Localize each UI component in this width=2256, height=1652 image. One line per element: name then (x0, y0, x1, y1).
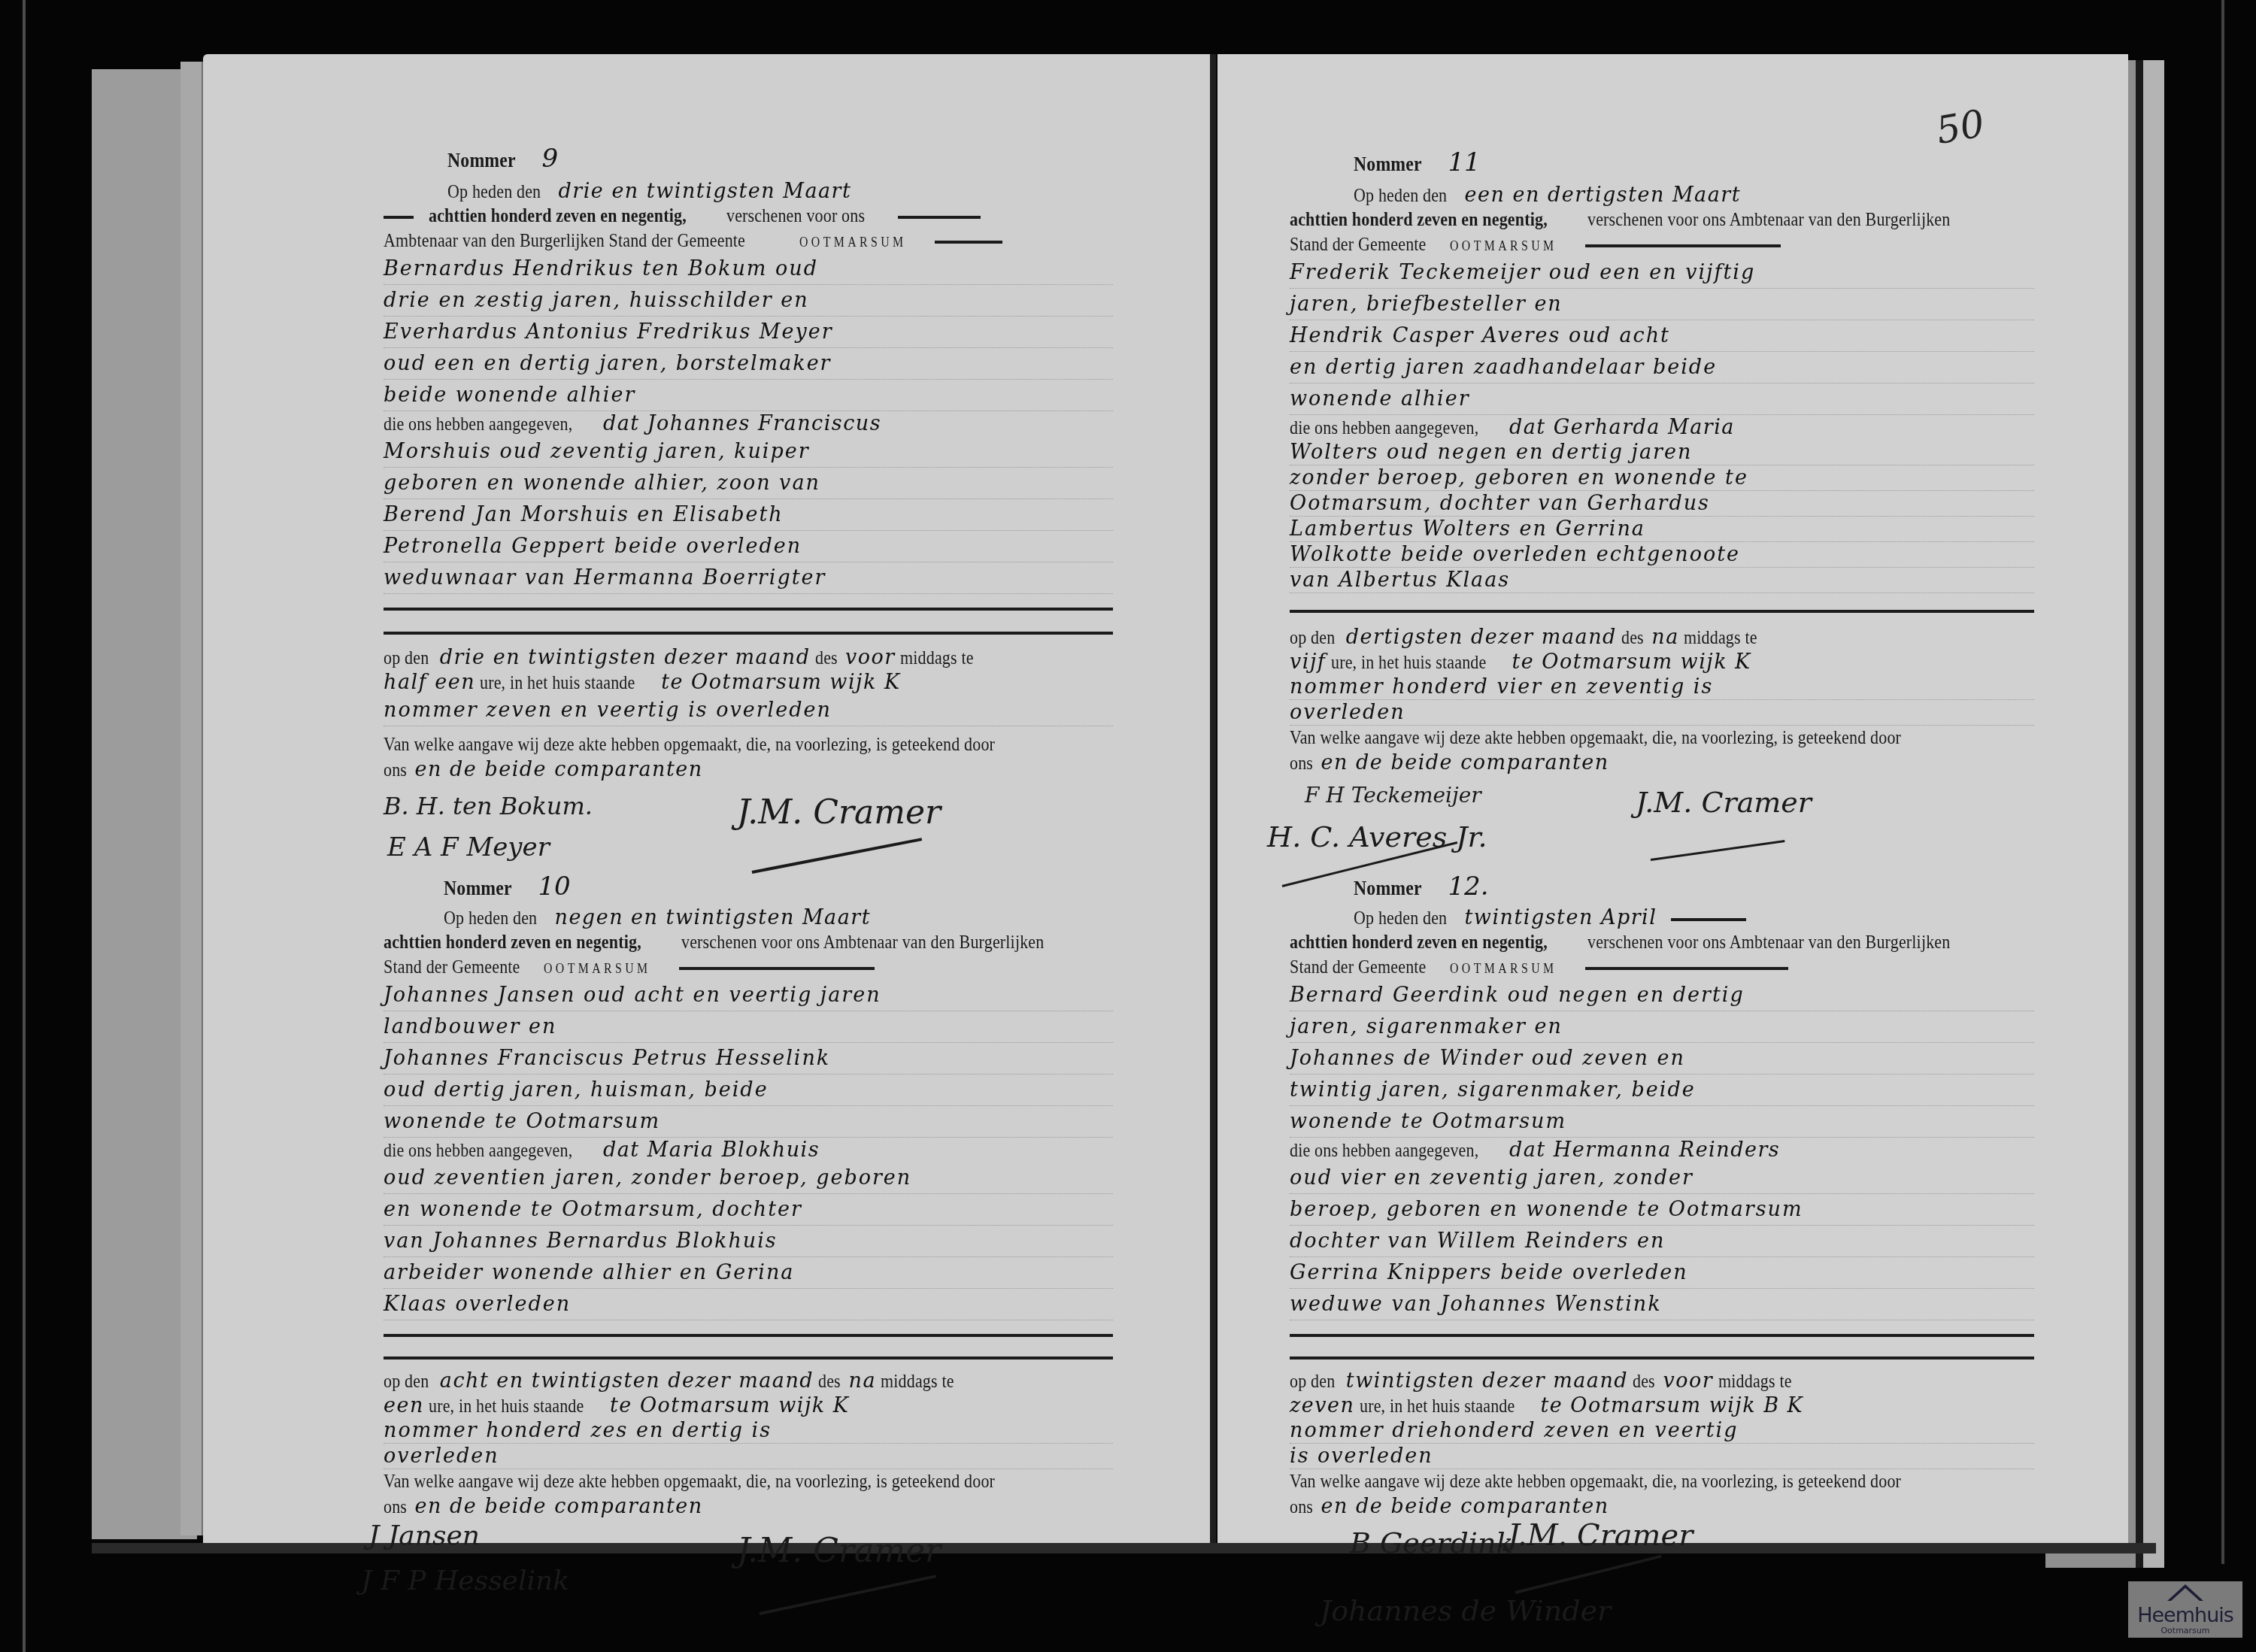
comparanten-line: Frederik Teckemeijer oud een en vijftig (1290, 257, 2034, 289)
official-signature: J.M. Cramer (737, 800, 941, 825)
death-place: te Ootmarsum wijk K (661, 671, 900, 694)
film-edge-left (23, 0, 26, 1652)
ons-label: ons (384, 1495, 407, 1520)
film-edge-right (2221, 0, 2224, 1564)
deceased-name: dat Johannes Franciscus (603, 412, 881, 435)
gemeente-name: OOTMARSUM (799, 230, 907, 255)
death-place-line: is overleden (1290, 1444, 2034, 1469)
verschenen-label: verschenen voor ons (726, 204, 865, 229)
comparanten-line: wonende alhier (1290, 383, 2034, 415)
comparanten-line: jaren, briefbesteller en (1290, 289, 2034, 320)
declaration-line: zonder beroep, geboren en wonende te (1290, 465, 2034, 491)
act-date: negen en twintigsten Maart (555, 906, 872, 929)
middags-label: middags te (881, 1369, 954, 1394)
ure-label: ure, in het huis staande (429, 1394, 584, 1419)
comparanten-line: oud een en dertig jaren, borstelmaker (384, 348, 1113, 380)
signed-by: en de beide comparanten (1321, 751, 1609, 774)
declaration-line: weduwe van Johannes Wenstink (1290, 1289, 2034, 1320)
op-heden-label: Op heden den (447, 180, 541, 205)
aangegeven-label: die ons hebben aangegeven, (1290, 1138, 1478, 1163)
book-spine-left (180, 62, 204, 1535)
blank-rule (384, 1334, 1113, 1337)
death-place: te Ootmarsum wijk K (1512, 650, 1751, 674)
aangegeven-label: die ons hebben aangegeven, (384, 412, 572, 437)
declaration-line: Morshuis oud zeventig jaren, kuiper (384, 436, 1113, 468)
ambtenaar-label: Ambtenaar van den Burgerlijken Stand der… (384, 229, 745, 253)
verschenen-label: verschenen voor ons Ambtenaar van den Bu… (681, 930, 1044, 955)
comparanten-line: Hendrik Casper Averes oud acht (1290, 320, 2034, 352)
act-number: 12. (1448, 871, 1488, 902)
declaration-row: die ons hebben aangegeven, dat Gerharda … (1290, 415, 2034, 440)
comparanten-line: jaren, sigarenmaker en (1290, 1011, 2034, 1043)
declaration-line: geboren en wonende alhier, zoon van (384, 468, 1113, 499)
death-place: te Ootmarsum wijk B K (1540, 1394, 1803, 1417)
voor-na: voor (1663, 1369, 1714, 1393)
signature-swash (760, 1575, 937, 1615)
blank-rule (1290, 1334, 2034, 1337)
date-row: Op heden den negen en twintigsten Maart (384, 905, 1113, 930)
death-day: acht en twintigsten dezer maand (440, 1369, 814, 1393)
middags-label: middags te (900, 646, 974, 671)
act-number: 11 (1448, 147, 1480, 177)
ure-label: ure, in het huis staande (480, 671, 635, 696)
declaration-block: Morshuis oud zeventig jaren, kuiper gebo… (384, 436, 1113, 594)
declaration-row: die ons hebben aangegeven, dat Hermanna … (1290, 1138, 2034, 1162)
fill-rule (679, 967, 875, 970)
signature: B. H. ten Bokum. (384, 794, 593, 819)
ambtenaar-row: Stand der Gemeente OOTMARSUM (384, 955, 1113, 980)
ons-label: ons (1290, 751, 1313, 776)
nommer-label: Nommer (447, 148, 516, 173)
op-den-label: op den (1290, 626, 1335, 650)
date-row: Op heden den een en dertigsten Maart (1290, 183, 2034, 208)
death-place-line: overleden (384, 1444, 1113, 1469)
death-hour: vijf (1290, 650, 1326, 674)
death-act-10: Nommer 10 Op heden den negen en twintigs… (384, 874, 1113, 1636)
blank-rule (384, 608, 1113, 611)
fill-rule (384, 216, 414, 219)
verschenen-label: verschenen voor ons Ambtenaar van den Bu… (1587, 208, 1950, 232)
comparanten-block: Bernard Geerdink oud negen en dertig jar… (1290, 980, 2034, 1138)
declaration-line: van Johannes Bernardus Blokhuis (384, 1226, 1113, 1257)
stand-label: Stand der Gemeente (1290, 232, 1427, 257)
declaration-line: beroep, geboren en wonende te Ootmarsum (1290, 1194, 2034, 1226)
closing-row: Van welke aangave wij deze akte hebben o… (1290, 726, 2034, 750)
declaration-line: en wonende te Ootmarsum, dochter (384, 1194, 1113, 1226)
van-welke-label: Van welke aangave wij deze akte hebben o… (1290, 726, 1901, 750)
death-day: drie en twintigsten dezer maand (440, 646, 811, 669)
verschenen-label: verschenen voor ons Ambtenaar van den Bu… (1587, 930, 1950, 955)
signature: B Geerdink (1350, 1531, 1513, 1556)
declaration-line: arbeider wonende alhier en Gerina (384, 1257, 1113, 1289)
closing-row: Van welke aangave wij deze akte hebben o… (384, 1469, 1113, 1494)
declaration-line: Gerrina Knippers beide overleden (1290, 1257, 2034, 1289)
year-row: achttien honderd zeven en negentig, vers… (384, 930, 1113, 955)
heemhuis-watermark: Heemhuis Ootmarsum (2128, 1581, 2242, 1638)
act-number-row: Nommer 12. (1290, 874, 2034, 899)
act-number-row: Nommer 11 (1290, 150, 2034, 175)
signature-swash (752, 838, 923, 874)
ambtenaar-row: Stand der Gemeente OOTMARSUM (1290, 955, 2034, 980)
stand-label: Stand der Gemeente (384, 955, 520, 980)
comparanten-line: wonende te Ootmarsum (384, 1106, 1113, 1138)
year-row: achttien honderd zeven en negentig, vers… (384, 204, 1113, 229)
act-number: 10 (538, 871, 570, 902)
death-hour: een (384, 1394, 424, 1417)
van-welke-label: Van welke aangave wij deze akte hebben o… (384, 1469, 995, 1494)
van-welke-label: Van welke aangave wij deze akte hebben o… (384, 732, 995, 757)
year-label: achttien honderd zeven en negentig, (384, 930, 641, 955)
house-roof-icon-inner (2171, 1588, 2200, 1601)
des-label: des (815, 646, 838, 671)
op-den-label: op den (1290, 1369, 1335, 1394)
ons-label: ons (384, 758, 407, 783)
declaration-line: Lambertus Wolters en Gerrina (1290, 517, 2034, 542)
death-act-11: Nommer 11 Op heden den een en dertigsten… (1290, 150, 2034, 893)
signature: H. C. Averes Jr. (1267, 825, 1487, 850)
declaration-row: die ons hebben aangegeven, dat Johannes … (384, 411, 1113, 436)
watermark-subtitle: Ootmarsum (2160, 1626, 2209, 1635)
death-place-row: een ure, in het huis staande te Ootmarsu… (384, 1393, 1113, 1418)
fill-rule (898, 216, 981, 219)
comparanten-block: Johannes Jansen oud acht en veertig jare… (384, 980, 1113, 1138)
signatures: B Geerdink Johannes de Winder J.M. Crame… (1290, 1523, 2034, 1636)
nommer-label: Nommer (444, 876, 512, 901)
declaration-line: Klaas overleden (384, 1289, 1113, 1320)
signature-swash (1515, 1555, 1662, 1594)
act-number: 9 (541, 144, 558, 174)
signed-by-row: ons en de beide comparanten (1290, 750, 2034, 775)
year-row: achttien honderd zeven en negentig, vers… (1290, 930, 2034, 955)
nommer-label: Nommer (1354, 876, 1422, 901)
blank-rule (384, 632, 1113, 635)
act-date: drie en twintigsten Maart (559, 180, 852, 203)
date-row: Op heden den drie en twintigsten Maart (384, 179, 1113, 204)
comparanten-line: Johannes Jansen oud acht en veertig jare… (384, 980, 1113, 1011)
death-date-row: op den drie en twintigsten dezer maand d… (384, 645, 1113, 670)
blank-rule (384, 1356, 1113, 1359)
official-signature: J.M. Cramer (1636, 790, 1812, 815)
des-label: des (1621, 626, 1644, 650)
comparanten-line: landbouwer en (384, 1011, 1113, 1043)
declaration-line: oud vier en zeventig jaren, zonder (1290, 1162, 2034, 1194)
aangegeven-label: die ons hebben aangegeven, (1290, 416, 1478, 441)
declaration-line: van Albertus Klaas (1290, 568, 2034, 593)
comparanten-line: Everhardus Antonius Fredrikus Meyer (384, 317, 1113, 348)
gemeente-name: OOTMARSUM (1450, 234, 1557, 259)
deceased-name: dat Gerharda Maria (1509, 416, 1735, 439)
comparanten-line: Johannes de Winder oud zeven en (1290, 1043, 2034, 1075)
ure-label: ure, in het huis staande (1331, 650, 1486, 675)
des-label: des (1633, 1369, 1655, 1394)
comparanten-line: Bernard Geerdink oud negen en dertig (1290, 980, 2034, 1011)
signature: E A F Meyer (387, 835, 550, 860)
declaration-line: Wolkotte beide overleden echtgenoote (1290, 542, 2034, 568)
fill-rule (1585, 967, 1788, 970)
declaration-line: Wolters oud negen en dertig jaren (1290, 440, 2034, 465)
death-place-row: zeven ure, in het huis staande te Ootmar… (1290, 1393, 2034, 1418)
year-label: achttien honderd zeven en negentig, (1290, 930, 1548, 955)
comparanten-line: oud dertig jaren, huisman, beide (384, 1075, 1113, 1106)
op-heden-label: Op heden den (1354, 906, 1447, 931)
fill-rule (1585, 244, 1781, 247)
year-label: achttien honderd zeven en negentig, (429, 204, 687, 229)
declaration-block: oud vier en zeventig jaren, zonder beroe… (1290, 1162, 2034, 1320)
watermark-name: Heemhuis (2137, 1605, 2233, 1626)
signed-by: en de beide comparanten (415, 1495, 703, 1518)
fill-rule (935, 241, 1002, 244)
comparanten-line: en dertig jaren zaadhandelaar beide (1290, 352, 2034, 383)
death-date-row: op den dertigsten dezer maand des na mid… (1290, 625, 2034, 650)
declaration-line: Berend Jan Morshuis en Elisabeth (384, 499, 1113, 531)
comparanten-line: twintig jaren, sigarenmaker, beide (1290, 1075, 2034, 1106)
death-place-line: nommer honderd zes en dertig is (384, 1418, 1113, 1444)
van-welke-label: Van welke aangave wij deze akte hebben o… (1290, 1469, 1901, 1494)
death-place-line: overleden (1290, 700, 2034, 726)
death-hour: zeven (1290, 1394, 1354, 1417)
page-gutter (1210, 54, 1216, 1550)
death-day: dertigsten dezer maand (1346, 626, 1617, 649)
ure-label: ure, in het huis staande (1360, 1394, 1515, 1419)
nommer-label: Nommer (1354, 152, 1422, 177)
act-date: een en dertigsten Maart (1465, 183, 1742, 207)
middags-label: middags te (1718, 1369, 1792, 1394)
signed-by-row: ons en de beide comparanten (1290, 1494, 2034, 1519)
death-act-12: Nommer 12. Op heden den twintigsten Apri… (1290, 874, 2034, 1636)
gemeente-name: OOTMARSUM (544, 956, 651, 981)
comparanten-line: beide wonende alhier (384, 380, 1113, 411)
signed-by-row: ons en de beide comparanten (384, 1494, 1113, 1519)
declaration-line: Ootmarsum, dochter van Gerhardus (1290, 491, 2034, 517)
declaration-block: Wolters oud negen en dertig jaren zonder… (1290, 440, 2034, 593)
death-place: te Ootmarsum wijk K (610, 1394, 849, 1417)
signatures: J Jansen J F P Hesselink J.M. Cramer (384, 1523, 1113, 1636)
deceased-name: dat Maria Blokhuis (603, 1138, 820, 1162)
death-place-line: nommer driehonderd zeven en veertig (1290, 1418, 2034, 1444)
voor-na: voor (845, 646, 896, 669)
declaration-row: die ons hebben aangegeven, dat Maria Blo… (384, 1138, 1113, 1162)
gemeente-name: OOTMARSUM (1450, 956, 1557, 981)
act-number-row: Nommer 9 (384, 147, 1113, 171)
death-day: twintigsten dezer maand (1346, 1369, 1628, 1393)
death-date-row: op den twintigsten dezer maand des voor … (1290, 1369, 2034, 1393)
deceased-name: dat Hermanna Reinders (1509, 1138, 1780, 1162)
declaration-line: dochter van Willem Reinders en (1290, 1226, 2034, 1257)
death-act-9: Nommer 9 Op heden den drie en twintigste… (384, 147, 1113, 899)
book-cover-edge (2136, 60, 2143, 1568)
book-cover-right-edge (2143, 60, 2164, 1568)
comparanten-line: Bernardus Hendrikus ten Bokum oud (384, 253, 1113, 285)
signed-by: en de beide comparanten (415, 758, 703, 781)
act-number-row: Nommer 10 (384, 874, 1113, 899)
death-date-row: op den acht en twintigsten dezer maand d… (384, 1369, 1113, 1393)
op-heden-label: Op heden den (1354, 183, 1447, 208)
death-place-row: vijf ure, in het huis staande te Ootmars… (1290, 650, 2034, 674)
signature: J Jansen (368, 1523, 480, 1548)
death-place-line: nommer zeven en veertig is overleden (384, 695, 1113, 726)
official-signature: J.M. Cramer (737, 1538, 941, 1563)
death-hour: half een (384, 671, 475, 694)
official-signature: J.M. Cramer (1508, 1523, 1693, 1548)
comparanten-line: wonende te Ootmarsum (1290, 1106, 2034, 1138)
voor-na: na (1651, 626, 1679, 649)
op-den-label: op den (384, 646, 429, 671)
ambtenaar-row: Stand der Gemeente OOTMARSUM (1290, 232, 2034, 257)
comparanten-block: Frederik Teckemeijer oud een en vijftig … (1290, 257, 2034, 415)
comparanten-block: Bernardus Hendrikus ten Bokum oud drie e… (384, 253, 1113, 411)
signature-swash (1651, 840, 1785, 861)
act-date: twintigsten April (1465, 906, 1657, 929)
year-label: achttien honderd zeven en negentig, (1290, 208, 1548, 232)
signature: F H Teckemeijer (1305, 783, 1481, 808)
comparanten-line: Johannes Franciscus Petrus Hesselink (384, 1043, 1113, 1075)
blank-rule (1290, 610, 2034, 613)
closing-row: Van welke aangave wij deze akte hebben o… (1290, 1469, 2034, 1494)
stand-label: Stand der Gemeente (1290, 955, 1427, 980)
voor-na: na (849, 1369, 877, 1393)
comparanten-line: drie en zestig jaren, huisschilder en (384, 285, 1113, 317)
year-row: achttien honderd zeven en negentig, vers… (1290, 208, 2034, 232)
aangegeven-label: die ons hebben aangegeven, (384, 1138, 572, 1163)
date-row: Op heden den twintigsten April (1290, 905, 2034, 930)
middags-label: middags te (1684, 626, 1757, 650)
closing-row: Van welke aangave wij deze akte hebben o… (384, 732, 1113, 757)
folio-number: 50 (1933, 102, 1988, 153)
signature: J F P Hesselink (361, 1569, 569, 1593)
fill-rule (1671, 918, 1746, 921)
signed-by: en de beide comparanten (1321, 1495, 1609, 1518)
ons-label: ons (1290, 1495, 1313, 1520)
death-place-line: nommer honderd vier en zeventig is (1290, 674, 2034, 700)
des-label: des (818, 1369, 841, 1394)
ambtenaar-row: Ambtenaar van den Burgerlijken Stand der… (384, 229, 1113, 253)
signature: Johannes de Winder (1320, 1599, 1611, 1623)
signed-by-row: ons en de beide comparanten (384, 757, 1113, 782)
blank-rule (1290, 1356, 2034, 1359)
op-heden-label: Op heden den (444, 906, 537, 931)
declaration-line: oud zeventien jaren, zonder beroep, gebo… (384, 1162, 1113, 1194)
death-place-row: half een ure, in het huis staande te Oot… (384, 670, 1113, 695)
op-den-label: op den (384, 1369, 429, 1394)
declaration-line: Petronella Geppert beide overleden (384, 531, 1113, 562)
declaration-line: weduwnaar van Hermanna Boerrigter (384, 562, 1113, 594)
declaration-block: oud zeventien jaren, zonder beroep, gebo… (384, 1162, 1113, 1320)
